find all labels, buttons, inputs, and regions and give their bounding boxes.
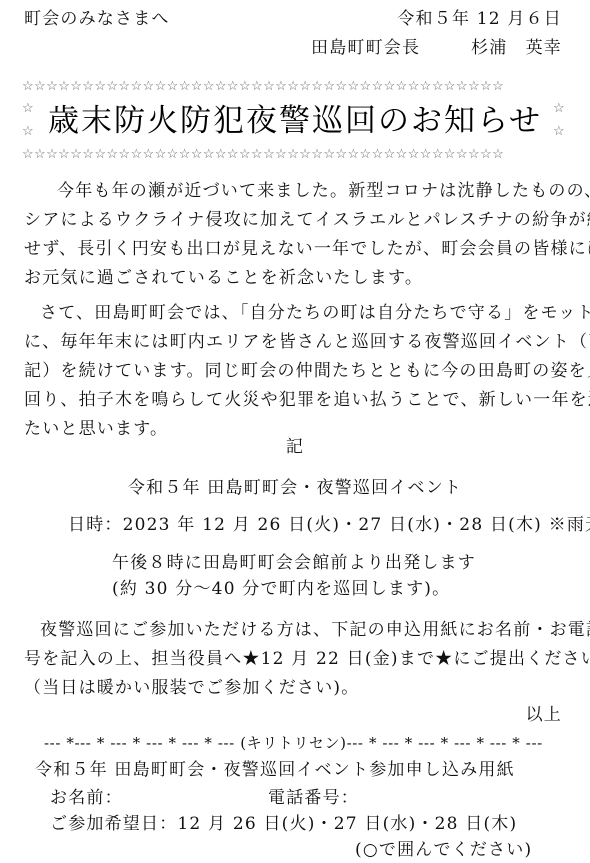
paragraph-line: （当日は暖かい服装でご参加ください)。 xyxy=(24,678,359,698)
closing-ijou: 以上 xyxy=(526,705,562,725)
event-datetime: 日時：2023 年 12 月 26 日(火)・27 日(水)・28 日(木) ※… xyxy=(68,515,590,535)
addressee: 町会のみなさまへ xyxy=(24,9,170,29)
star-border-bottom: ☆☆☆☆☆☆☆☆☆☆☆☆☆☆☆☆☆☆☆☆☆☆☆☆☆☆☆☆☆☆☆☆☆☆☆☆☆☆☆☆ xyxy=(22,148,568,162)
event-name: 令和５年 田島町町会・夜警巡回イベント xyxy=(0,478,590,498)
paragraph-line: 今年も年の瀬が近づいて来ました。新型コロナは沈静したものの、ロ xyxy=(57,181,590,201)
paragraph-line: 夜警巡回にご参加いただける方は、下記の申込用紙にお名前・お電話番 xyxy=(40,620,590,640)
paragraph-line: さて、田島町町会では、「自分たちの町は自分たちで守る」をモットー xyxy=(40,303,590,323)
event-duration: (約 30 分～40 分で町内を巡回します)。 xyxy=(112,579,450,599)
cut-line: --- *--- * --- * --- * --- * --- (キリトリセン… xyxy=(44,733,543,753)
form-phone-label: 電話番号： xyxy=(268,788,359,808)
paragraph-line: 回り、拍子木を鳴らして火災や犯罪を追い払うことで、新しい一年を迎え xyxy=(24,390,590,410)
star-border-top: ☆☆☆☆☆☆☆☆☆☆☆☆☆☆☆☆☆☆☆☆☆☆☆☆☆☆☆☆☆☆☆☆☆☆☆☆☆☆☆☆ xyxy=(22,80,568,94)
paragraph-line: 号を記入の上、担当役員へ★12 月 22 日(金)まで★にご提出ください xyxy=(24,649,590,669)
sender-name: 杉浦 英幸 xyxy=(471,38,562,58)
paragraph-line: せず、長引く円安も出口が見えない一年でしたが、町会会員の皆様には、 xyxy=(24,239,590,259)
form-name-label: お名前： xyxy=(50,788,123,808)
form-instruction: (○で囲んでください) xyxy=(355,840,532,860)
event-departure: 午後８時に田島町町会会館前より出発します xyxy=(112,553,476,573)
paragraph-line: 記）を続けています。同じ町会の仲間たちとともに今の田島町の姿を見て xyxy=(24,361,590,381)
ki-heading: 記 xyxy=(0,437,590,457)
form-dates-label: ご参加希望日：12 月 26 日(火)・27 日(水)・28 日(木) xyxy=(50,814,517,834)
paragraph-line: に、毎年年末には町内エリアを皆さんと巡回する夜警巡回イベント（下 xyxy=(24,332,590,352)
page-title: 歳末防火防犯夜警巡回のお知らせ xyxy=(0,101,590,141)
form-title: 令和５年 田島町町会・夜警巡回イベント参加申し込み用紙 xyxy=(35,760,515,780)
paragraph-line: お元気に過ごされていることを祈念いたします。 xyxy=(24,268,423,288)
sender-title: 田島町町会長 xyxy=(311,38,420,58)
paragraph-line: シアによるウクライナ侵攻に加えてイスラエルとパレスチナの紛争が終息 xyxy=(24,210,590,230)
letter-date: 令和５年 12 月６日 xyxy=(397,9,562,29)
paragraph-line: たいと思います。 xyxy=(24,419,168,439)
